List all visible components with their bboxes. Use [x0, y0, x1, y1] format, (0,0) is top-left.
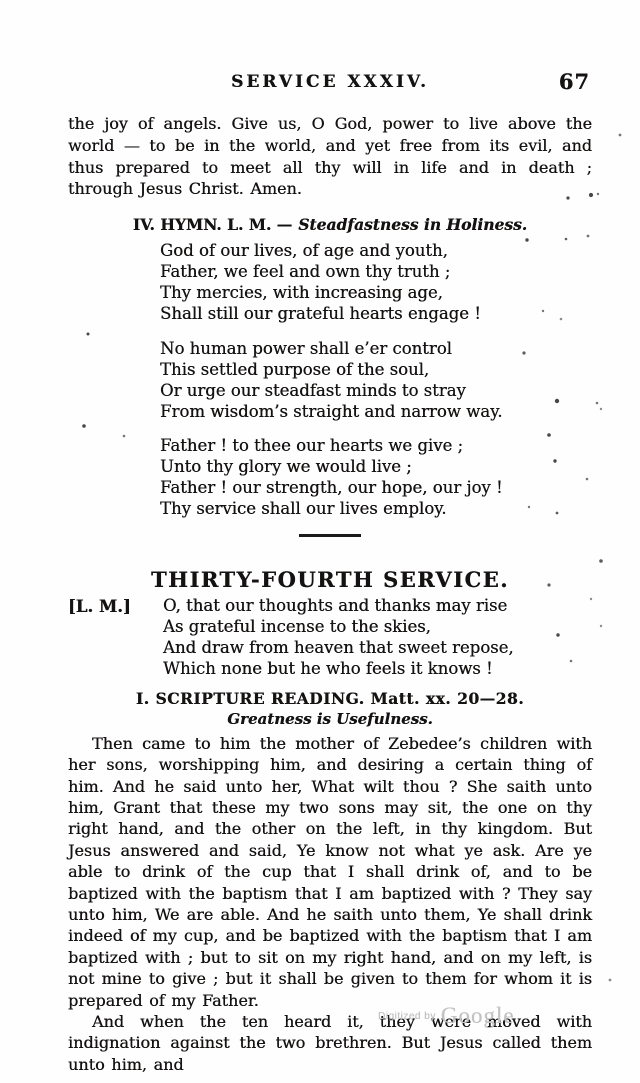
intro-paragraph: the joy of angels. Give us, O God, power… — [68, 113, 592, 200]
hymn-stanza-3: Father ! to thee our hearts we give ; Un… — [160, 436, 592, 520]
stanza-line: Father ! to thee our hearts we give ; — [160, 436, 592, 457]
stanza-line: Thy service shall our lives employ. — [160, 499, 592, 520]
stanza-line: From wisdom’s straight and narrow way. — [160, 402, 592, 423]
book-page: SERVICE XXXIV. 67 the joy of angels. Giv… — [0, 0, 640, 1083]
service-title: THIRTY-FOURTH SERVICE. — [68, 567, 592, 592]
hymn-stanzas: God of our lives, of age and youth, Fath… — [160, 241, 592, 520]
stanza-line: Father, we feel and own thy truth ; — [160, 262, 592, 283]
page-header: SERVICE XXXIV. 67 — [68, 72, 592, 98]
hymn-heading: IV. HYMN. L. M. —Steadfastness in Holine… — [68, 215, 592, 234]
hymn-stanza-1: God of our lives, of age and youth, Fath… — [160, 241, 592, 325]
scripture-paragraph: Then came to him the mother of Zebedee’s… — [68, 733, 592, 1011]
digitization-footer: Digitized byGoogle — [378, 1003, 514, 1029]
stanza-line: No human power shall e’er control — [160, 339, 592, 360]
digitized-by-label: Digitized by — [378, 1011, 436, 1022]
stanza-line: Thy mercies, with increasing age, — [160, 283, 592, 304]
stanza-line: And draw from heaven that sweet repose, — [163, 638, 592, 659]
google-logo: Google — [441, 1003, 515, 1028]
scripture-reading-heading: I. SCRIPTURE READING. Matt. xx. 20—28. — [68, 689, 592, 708]
running-title: SERVICE XXXIV. — [68, 72, 592, 92]
stanza-line: Father ! our strength, our hope, our joy… — [160, 478, 592, 499]
stanza-line: O, that our thoughts and thanks may rise — [163, 596, 592, 617]
service-opening-stanza: O, that our thoughts and thanks may rise… — [163, 596, 592, 680]
hymn-title: Steadfastness in Holiness. — [298, 215, 527, 234]
page-number: 67 — [559, 69, 590, 94]
stanza-line: Unto thy glory we would live ; — [160, 457, 592, 478]
section-divider — [299, 534, 361, 537]
hymn-stanza-2: No human power shall e’er control This s… — [160, 339, 592, 423]
hymn-number-label: IV. HYMN. L. M. — — [133, 215, 292, 234]
stanza-line: God of our lives, of age and youth, — [160, 241, 592, 262]
stanza-line: Shall still our grateful hearts engage ! — [160, 304, 592, 325]
stanza-line: Or urge our steadfast minds to stray — [160, 381, 592, 402]
page-content: the joy of angels. Give us, O God, power… — [68, 113, 592, 1075]
stanza-line: This settled purpose of the soul, — [160, 360, 592, 381]
stanza-line: As grateful incense to the skies, — [163, 617, 592, 638]
stanza-line: Which none but he who feels it knows ! — [163, 659, 592, 680]
service-opening: [L. M.] O, that our thoughts and thanks … — [68, 596, 592, 680]
meter-label: [L. M.] — [68, 597, 131, 616]
scripture-reading-subtitle: Greatness is Usefulness. — [68, 710, 592, 728]
